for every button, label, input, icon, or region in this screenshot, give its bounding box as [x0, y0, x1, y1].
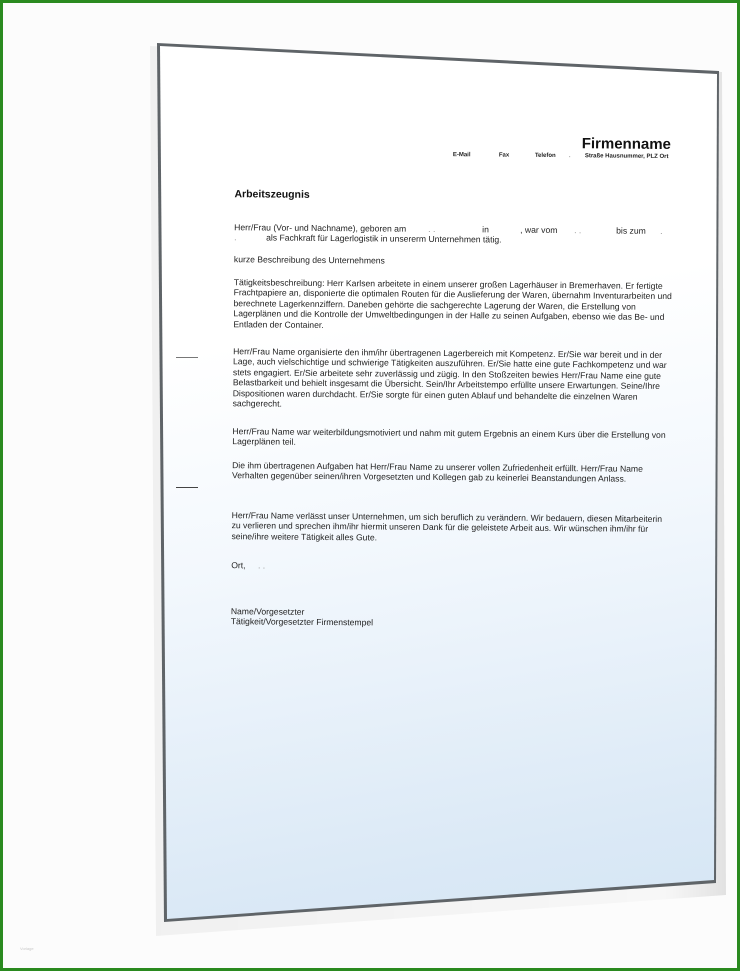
intro-text-2: , war vom — [520, 225, 557, 236]
company-description: kurze Beschreibung des Unternehmens — [234, 254, 674, 268]
until-label: bis zum — [616, 226, 646, 237]
start-date-blank: . . — [574, 225, 581, 235]
in-label: in — [482, 224, 489, 234]
intro-text-3: als Fachkraft für Lagerlogistik in unser… — [266, 233, 502, 245]
paragraph-conduct: Die ihm übertragenen Aufgaben hat Herr/F… — [232, 460, 672, 485]
end-date-blank-cont: . — [234, 233, 236, 243]
signature-block: Name/Vorgesetzter Tätigkeit/Vorgesetzter… — [231, 606, 671, 631]
end-date-blank: . — [660, 226, 662, 236]
address: Straße Hausnummer, PLZ Ort — [585, 153, 669, 160]
fold-mark-top — [176, 357, 198, 358]
paragraph-performance: Herr/Frau Name organisierte den ihm/ihr … — [233, 346, 674, 412]
contact-separator: . — [569, 153, 571, 159]
company-name: Firmenname — [582, 135, 671, 153]
document-title: Arbeitszeugnis — [234, 188, 309, 201]
place-date: Ort, . . — [231, 560, 671, 574]
watermark: Vorlage — [20, 946, 34, 951]
paragraph-farewell: Herr/Frau Name verlässt unser Unternehme… — [231, 510, 671, 545]
place-label: Ort, — [231, 560, 245, 570]
email-label: E-Mail — [453, 152, 471, 158]
paragraph-task-description: Tätigkeitsbeschreibung: Herr Karlsen arb… — [233, 277, 673, 333]
fax-label: Fax — [499, 153, 509, 159]
paragraph-training: Herr/Frau Name war weiterbildungsmotivie… — [232, 426, 672, 451]
phone-label: Telefon — [535, 153, 556, 159]
date-blank: . . — [258, 560, 265, 570]
fold-mark-bottom — [176, 487, 198, 488]
intro-paragraph: Herr/Frau (Vor- und Nachname), geboren a… — [234, 222, 674, 247]
birth-date-blank: . . — [428, 224, 435, 234]
document-content: Firmenname E-Mail Fax Telefon . Straße H… — [0, 0, 740, 971]
